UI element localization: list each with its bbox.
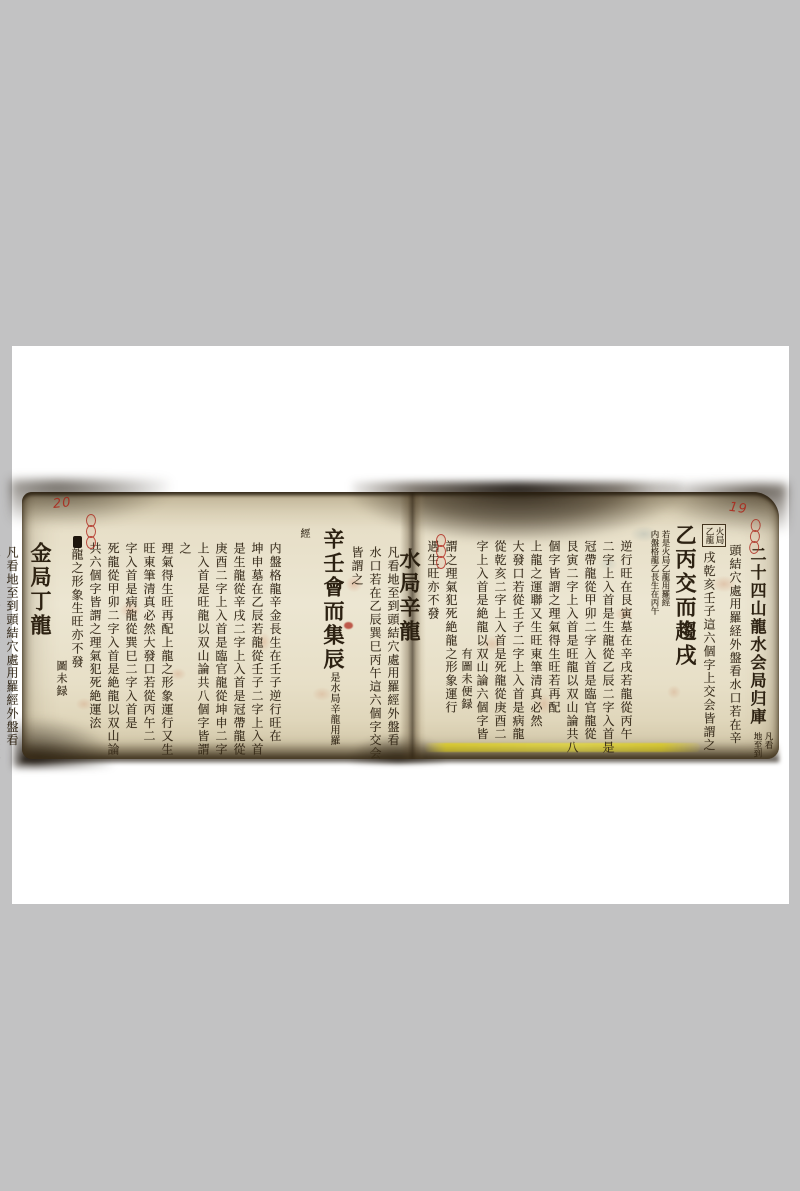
section-title-yibing-jiao-er-quxu: 乙丙交而趨戌若是火局乙龍用羅經内盤格龍乙長生在丙午 — [639, 524, 700, 753]
text-column: 火局乙龍戌乾亥壬子這六個字上交会皆謂之 — [700, 524, 726, 753]
title-text: 乙丙交而趨戌 — [673, 524, 697, 668]
section-title-jinju-dinglong: 金局丁龍 — [25, 528, 55, 768]
text-column: 龍之形象生旺亦不發 — [68, 528, 86, 762]
red-circle-marks — [86, 514, 96, 547]
red-circle-marks — [436, 534, 446, 567]
text-column: 旺東筆清真必然大發口若從丙午二 — [140, 528, 158, 768]
page-number-left: 20 — [52, 495, 72, 512]
column-text: 戌乾亥壬子這六個字上交会皆謂之 — [702, 551, 716, 752]
text-column: 皆謂之 — [348, 528, 366, 772]
text-column: 字入首是病龍從巽巳二字入首是 — [122, 528, 140, 768]
text-column: 凡看地至到頭結穴處用羅經外盤看 — [3, 528, 21, 772]
annotation-box-huoju-yilong: 火局乙龍 — [702, 524, 726, 547]
text-column: 從乾亥二字上入首是死龍從庚酉二 — [491, 524, 509, 769]
right-page-text: 二十四山龍水会局归庫凡看地至到 頭結穴處用羅経外盤看水口若在辛 火局乙龍戌乾亥壬… — [424, 524, 776, 753]
text-column: 二字上入首是生龍從乙辰二字入首是 — [599, 524, 617, 769]
text-column: 坤申墓在乙辰若龍從壬子二字上入首 — [248, 528, 266, 768]
left-page-text: 凡看地至到頭結穴處用羅經外盤看 水口若在乙辰巽巳丙午這六個字交会 皆謂之 辛壬會… — [30, 528, 402, 754]
text-column: 字上入首是絶龍以双山論六個字皆 — [473, 524, 491, 769]
inline-annotation-pair: 凡看地至到 — [751, 732, 773, 758]
red-ink-dot — [344, 622, 353, 629]
text-column: 上入首是旺龍以双山論共八個字皆謂之 — [176, 528, 212, 768]
text-column: 是生龍從辛戌二字上入首是冠帶龍從 — [230, 528, 248, 768]
text-column: 死龍從甲卯二字入首是絶龍以双山論 — [104, 528, 122, 768]
section-title-xinren-huiju-chen: 辛壬會而集辰是水局辛龍用羅經 — [288, 528, 348, 754]
text-column: 理氣得生旺再配上龍之形象運行又生 — [158, 528, 176, 768]
title-text: 辛壬會而集辰 — [321, 528, 345, 672]
text-column: 庚酉二字上入首是臨官龍從坤申二字 — [212, 528, 230, 768]
section-title-ershisi-shan: 二十四山龍水会局归庫凡看地至到 — [744, 524, 773, 775]
screenshot-root: 20 19 凡看地至到頭結穴處用羅經外盤看 水口若在乙辰巽巳丙午這六個字交会 皆… — [0, 0, 800, 1191]
margin-note: 圖未録 — [55, 528, 68, 886]
text-column: 個字皆謂之理氣得生旺若再配 — [545, 524, 563, 769]
margin-note: 有圖未便録 — [460, 524, 473, 877]
text-column: 上龍之運聯又生旺東筆清真必然 — [527, 524, 545, 769]
text-column: 冠帶龍從甲卯二字入首是臨官龍從 — [581, 524, 599, 769]
text-column: 内盤格龍辛金長生在壬子逆行旺在 — [266, 528, 284, 768]
title-text: 二十四山龍水会局归庫 — [748, 546, 767, 726]
text-column: 逆行旺在艮寅墓在辛戌若龍從丙午 — [617, 524, 635, 769]
text-column: 水口若在乙辰巽巳丙午這六個字交会 — [366, 528, 384, 772]
white-mat: 20 19 凡看地至到頭結穴處用羅經外盤看 水口若在乙辰巽巳丙午這六個字交会 皆… — [12, 346, 789, 904]
text-column: 共六個字皆謂之理氣犯死絶運㳒 — [86, 528, 104, 768]
text-column: 艮寅二字上入首是旺龍以双山論共八 — [563, 524, 581, 769]
text-column: 水口若在癸丑艮寅甲卯這六個字上交會 — [0, 528, 3, 772]
section-title-shuiju-xinlong: 水局辛龍 — [394, 524, 424, 777]
inline-annotation-pair: 若是火局乙龍用羅經内盤格龍乙長生在丙午 — [648, 530, 670, 615]
text-column: 大發口若從壬子二字上入首是病龍 — [509, 524, 527, 769]
page-number-right: 19 — [728, 500, 748, 517]
text-column: 頭結穴處用羅経外盤看水口若在辛 — [726, 524, 744, 773]
manuscript-photo: 20 19 凡看地至到頭結穴處用羅經外盤看 水口若在乙辰巽巳丙午這六個字交会 皆… — [22, 492, 779, 759]
